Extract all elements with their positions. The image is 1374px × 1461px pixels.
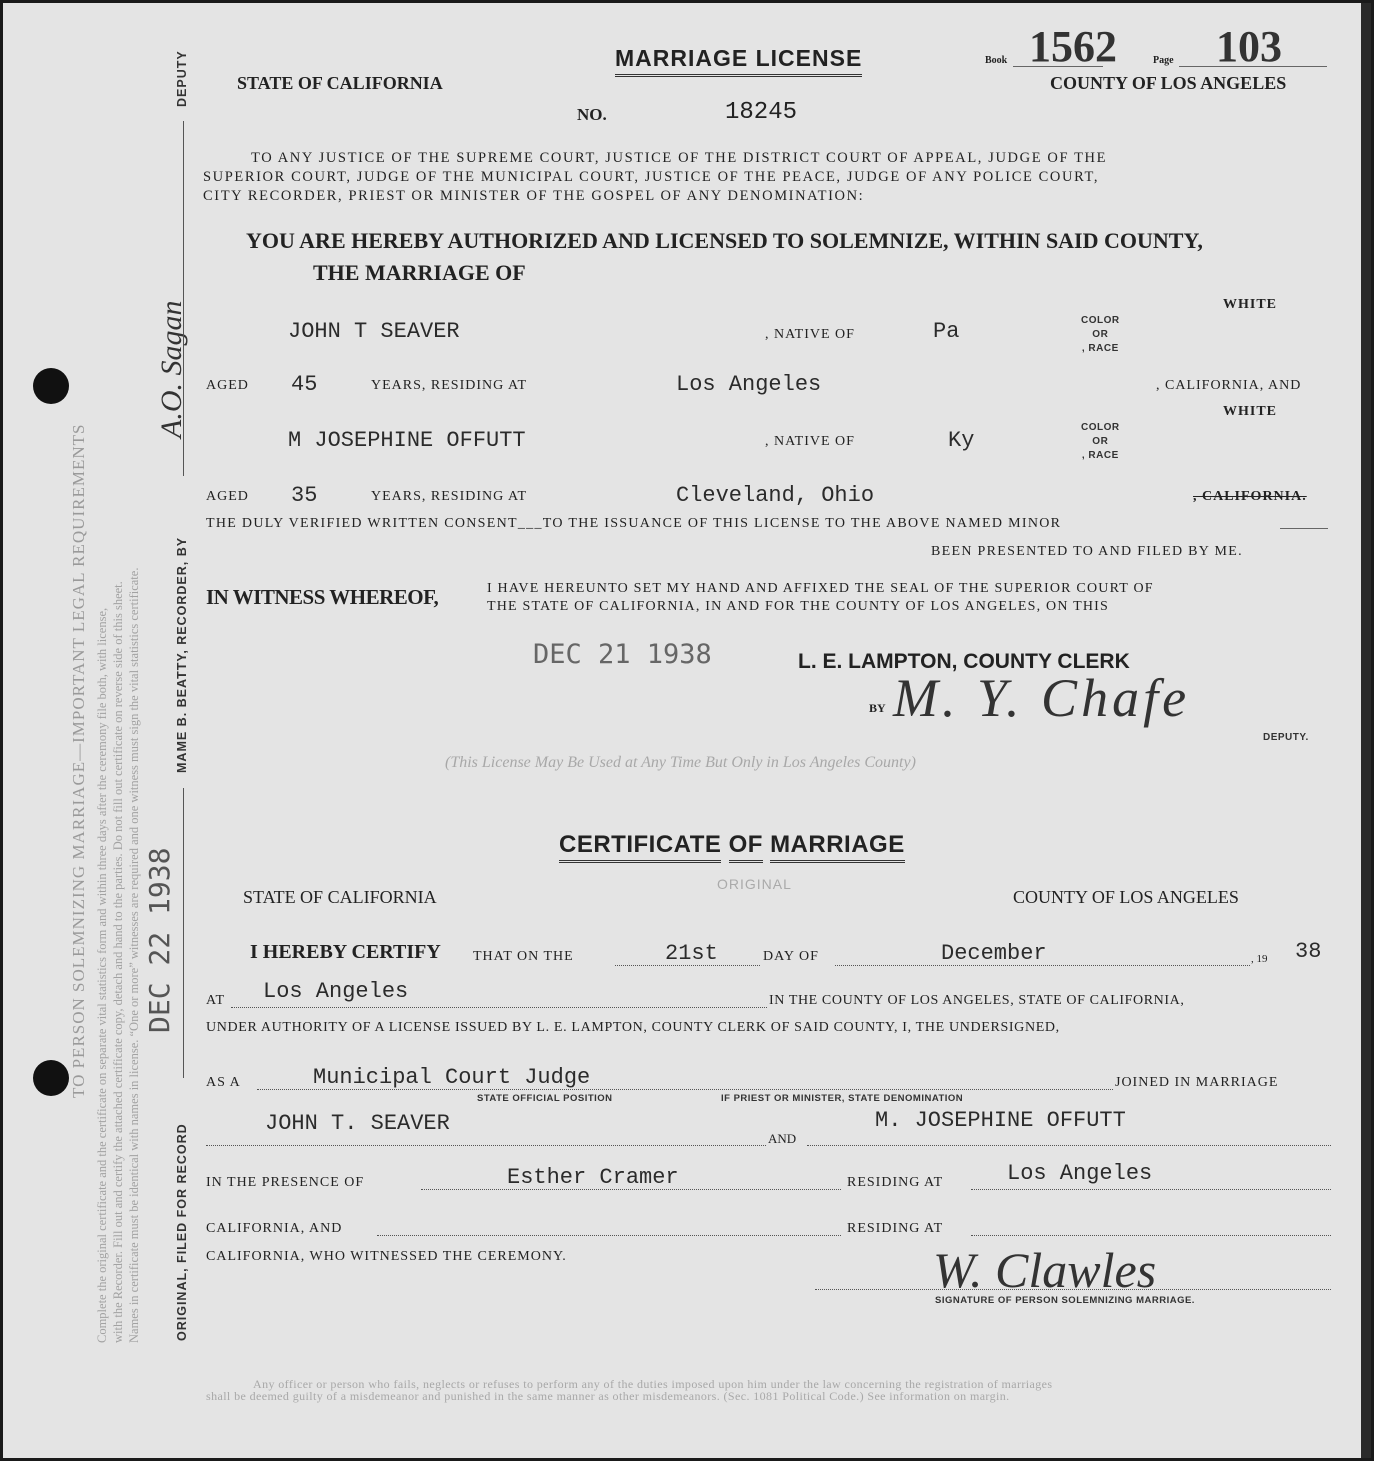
ceremony-line: CALIFORNIA, WHO WITNESSED THE CEREMONY. <box>206 1249 567 1265</box>
groom-aged-label: AGED <box>206 378 249 394</box>
bride-aged-label: AGED <box>206 489 249 505</box>
margin-instruction-2: with the Recorder. Fill out and certify … <box>111 581 125 1343</box>
authorize-line-1: YOU ARE HEREBY AUTHORIZED AND LICENSED T… <box>246 228 1203 254</box>
filed-rule <box>183 788 184 1078</box>
groom-rule <box>206 1145 766 1146</box>
margin-heading: TO PERSON SOLEMNIZING MARRIAGE—IMPORTANT… <box>69 424 89 1098</box>
witness1-residence-rule <box>971 1189 1331 1190</box>
california-and-label: , CALIFORNIA, AND <box>1156 378 1301 394</box>
margin-instruction-3: Names in certificate must be identical w… <box>127 568 141 1343</box>
filed-date-stamp: DEC 22 1938 <box>143 848 176 1033</box>
position-caption: STATE OFFICIAL POSITION <box>477 1093 613 1104</box>
marriage-license-document: TO PERSON SOLEMNIZING MARRIAGE—IMPORTANT… <box>3 3 1365 1458</box>
bride-residence: Cleveland, Ohio <box>676 483 874 508</box>
authority-line: UNDER AUTHORITY OF A LICENSE ISSUED BY L… <box>206 1020 1060 1036</box>
certificate-state: STATE OF CALIFORNIA <box>243 887 437 908</box>
punch-hole-bottom <box>33 1060 69 1096</box>
authorize-line-2: THE MARRIAGE OF <box>313 260 526 286</box>
place-rule <box>231 1007 767 1008</box>
certificate-title-word-2: OF <box>729 831 763 863</box>
that-on-the-label: THAT ON THE <box>473 949 574 965</box>
bride-state-struck: , CALIFORNIA. <box>1193 489 1307 505</box>
denomination-caption: IF PRIEST OR MINISTER, STATE DENOMINATIO… <box>721 1093 963 1104</box>
witness2-residence-rule <box>971 1235 1331 1236</box>
certificate-title-word-1: CERTIFICATE <box>559 831 721 863</box>
page-label: Page <box>1153 55 1174 66</box>
license-state: STATE OF CALIFORNIA <box>237 73 443 94</box>
license-no-label: NO. <box>577 105 607 125</box>
license-county: COUNTY OF LOS ANGELES <box>1050 73 1286 94</box>
groom-native-label: , NATIVE OF <box>765 327 855 343</box>
and-label: AND <box>768 1131 796 1147</box>
witness1-residence: Los Angeles <box>1007 1161 1152 1186</box>
witness-line-2: THE STATE OF CALIFORNIA, IN AND FOR THE … <box>487 599 1109 615</box>
position-value: Municipal Court Judge <box>313 1065 590 1090</box>
residing-label-2: RESIDING AT <box>847 1221 943 1237</box>
license-number: 18245 <box>725 99 797 126</box>
presence-label: IN THE PRESENCE OF <box>206 1175 364 1191</box>
officiant-signature: W. Clawles <box>933 1241 1156 1299</box>
groom-native-of: Pa <box>933 319 959 344</box>
bride-residing-label: YEARS, RESIDING AT <box>371 489 527 505</box>
consent-line-1: THE DULY VERIFIED WRITTEN CONSENT___TO T… <box>206 516 1061 532</box>
recorder-label: MAME B. BEATTY, RECORDER, BY <box>175 537 189 773</box>
deputy-label: DEPUTY. <box>1263 732 1309 743</box>
cert-bride-name: M. JOSEPHINE OFFUTT <box>875 1108 1126 1133</box>
certificate-title-word-3: MARRIAGE <box>770 831 905 863</box>
color-word: COLOR <box>1081 314 1120 328</box>
groom-residing-label: YEARS, RESIDING AT <box>371 378 527 394</box>
recorder-rule <box>183 121 184 476</box>
place-value: Los Angeles <box>263 979 408 1004</box>
cert-groom-name: JOHN T. SEAVER <box>265 1111 450 1136</box>
signature-caption: SIGNATURE OF PERSON SOLEMNIZING MARRIAGE… <box>935 1295 1195 1306</box>
year-prefix: , 19 <box>1251 953 1268 965</box>
groom-race: WHITE <box>1223 297 1277 313</box>
address-line-1: TO ANY JUSTICE OF THE SUPREME COURT, JUS… <box>251 150 1107 167</box>
groom-age: 45 <box>291 372 317 397</box>
book-label: Book <box>985 55 1007 66</box>
as-a-label: AS A <box>206 1075 241 1091</box>
license-title: MARRIAGE LICENSE <box>615 45 862 77</box>
bride-race: WHITE <box>1223 404 1277 420</box>
day-value: 21st <box>665 941 718 966</box>
witness-line-1: I HAVE HEREUNTO SET MY HAND AND AFFIXED … <box>487 581 1154 597</box>
witness2-rule <box>377 1235 841 1236</box>
punch-hole-top <box>33 368 69 404</box>
margin-deputy-label: DEPUTY <box>175 50 189 107</box>
usage-note: (This License May Be Used at Any Time Bu… <box>445 754 916 772</box>
county-state-line: IN THE COUNTY OF LOS ANGELES, STATE OF C… <box>769 993 1184 1009</box>
groom-residence: Los Angeles <box>676 372 821 397</box>
or-word: OR <box>1081 435 1120 449</box>
witness-heading: IN WITNESS WHEREOF, <box>206 585 438 610</box>
groom-color-label: COLOR OR , RACE <box>1081 314 1120 356</box>
margin-instruction-1: Complete the original certificate and th… <box>95 608 109 1343</box>
month-value: December <box>941 941 1047 966</box>
certificate-county: COUNTY OF LOS ANGELES <box>1013 887 1239 908</box>
at-label: AT <box>206 993 225 1009</box>
race-word: , RACE <box>1081 449 1120 463</box>
filed-for-record-label: ORIGINAL, FILED FOR RECORD <box>175 1123 189 1341</box>
or-word: OR <box>1081 328 1120 342</box>
page-number: 103 <box>1216 21 1282 72</box>
california-and-label-2: CALIFORNIA, AND <box>206 1221 342 1237</box>
license-date-stamp: DEC 21 1938 <box>533 639 712 670</box>
day-of-label: DAY OF <box>763 949 819 965</box>
year-value: 38 <box>1295 939 1321 964</box>
bride-color-label: COLOR OR , RACE <box>1081 421 1120 463</box>
by-label: BY <box>869 701 886 716</box>
deputy-signature: M. Y. Chafe <box>893 667 1190 729</box>
certificate-title: CERTIFICATE OF MARRIAGE <box>559 831 905 859</box>
bride-name: M JOSEPHINE OFFUTT <box>288 428 526 453</box>
witness1-name: Esther Cramer <box>507 1165 679 1190</box>
residing-label-1: RESIDING AT <box>847 1175 943 1191</box>
bride-native-label: , NATIVE OF <box>765 434 855 450</box>
joined-label: JOINED IN MARRIAGE <box>1115 1075 1278 1091</box>
consent-rule <box>1280 528 1328 529</box>
bride-age: 35 <box>291 483 317 508</box>
consent-line-2: BEEN PRESENTED TO AND FILED BY ME. <box>931 544 1243 560</box>
color-word: COLOR <box>1081 421 1120 435</box>
book-number: 1562 <box>1029 21 1117 72</box>
bride-rule <box>807 1145 1331 1146</box>
footer-line-2: shall be deemed guilty of a misdemeanor … <box>206 1389 1010 1404</box>
original-label: ORIGINAL <box>717 876 792 892</box>
groom-name: JOHN T SEAVER <box>288 319 460 344</box>
scan-edge <box>1361 3 1371 1458</box>
certify-heading: I HEREBY CERTIFY <box>250 941 441 964</box>
address-line-2: SUPERIOR COURT, JUDGE OF THE MUNICIPAL C… <box>203 169 1099 186</box>
race-word: , RACE <box>1081 342 1120 356</box>
address-line-3: CITY RECORDER, PRIEST OR MINISTER OF THE… <box>203 188 864 205</box>
bride-native-of: Ky <box>948 428 974 453</box>
